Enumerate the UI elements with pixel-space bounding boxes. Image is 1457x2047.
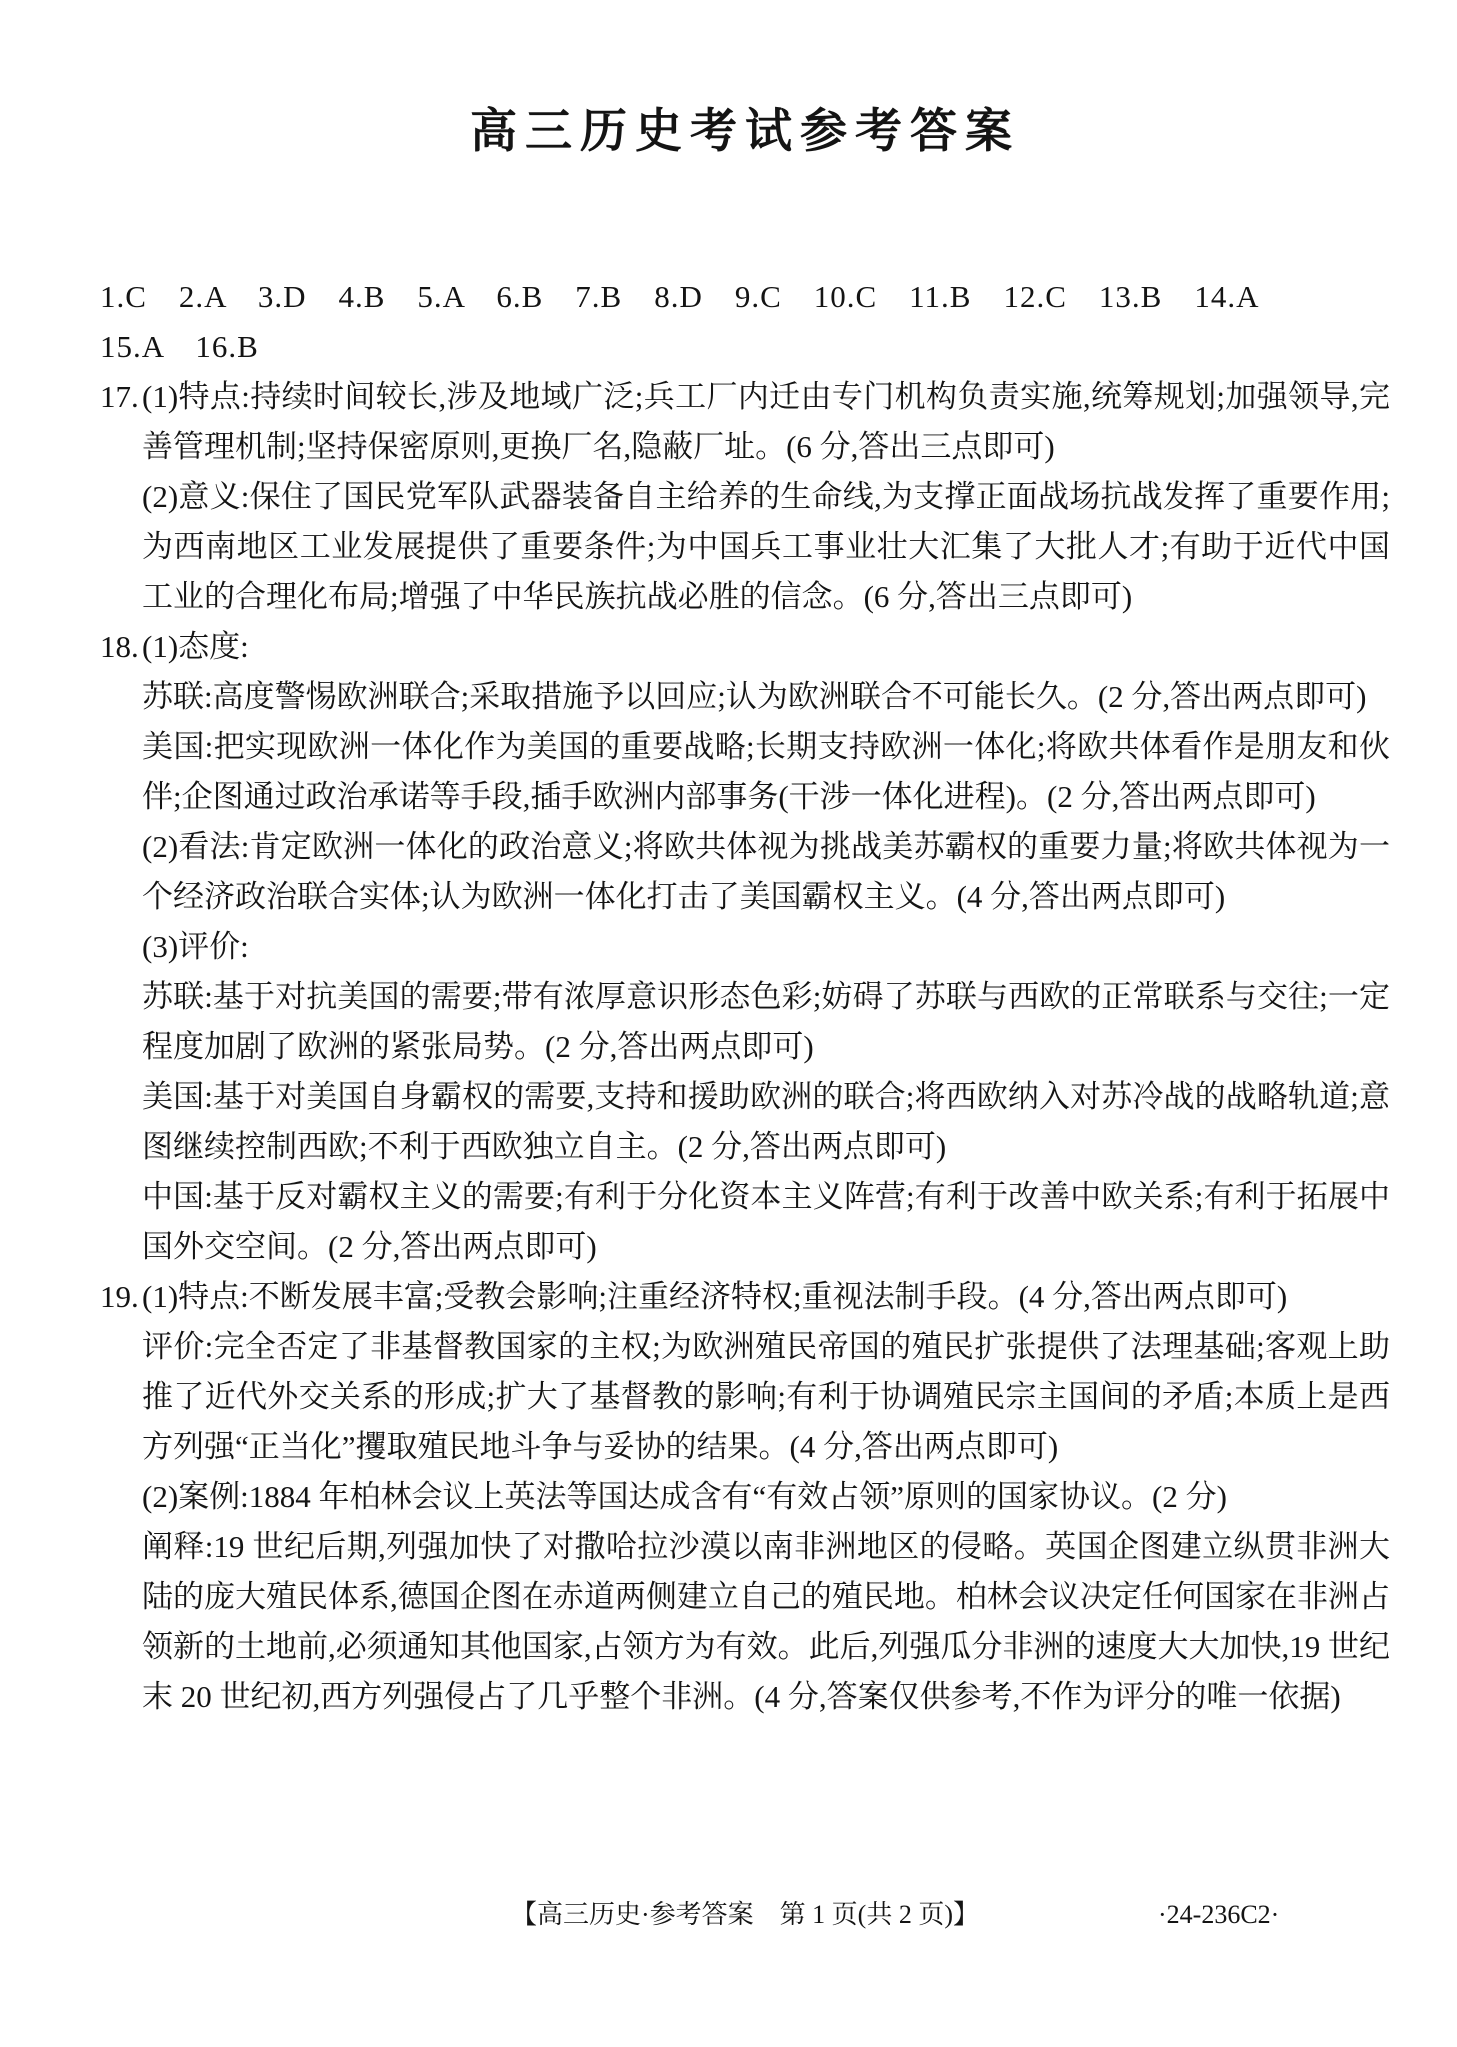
question-18-answer: 18.(1)态度: 苏联:高度警惕欧洲联合;采取措施予以回应;认为欧洲联合不可能… (100, 622, 1390, 1272)
answer-paragraph: 美国:把实现欧洲一体化作为美国的重要战略;长期支持欧洲一体化;将欧共体看作是朋友… (142, 722, 1390, 822)
answer-paragraph: (2)意义:保住了国民党军队武器装备自主给养的生命线,为支撑正面战场抗战发挥了重… (142, 472, 1390, 622)
question-19-answer: 19.(1)特点:不断发展丰富;受教会影响;注重经济特权;重视法制手段。(4 分… (100, 1272, 1390, 1722)
question-18-number: 18. (100, 622, 142, 672)
answer-paragraph: (3)评价: (142, 922, 1390, 972)
answer-text: (1)特点:持续时间较长,涉及地域广泛;兵工厂内迁由专门机构负责实施,统筹规划;… (142, 379, 1390, 464)
answer-paragraph: 阐释:19 世纪后期,列强加快了对撒哈拉沙漠以南非洲地区的侵略。英国企图建立纵贯… (142, 1522, 1390, 1722)
question-17-number: 17. (100, 372, 142, 422)
answer-paragraph: 苏联:高度警惕欧洲联合;采取措施予以回应;认为欧洲联合不可能长久。(2 分,答出… (142, 672, 1390, 722)
mcq-answers-row-2: 15.A 16.B (100, 322, 1390, 372)
answer-paragraph: 评价:完全否定了非基督教国家的主权;为欧洲殖民帝国的殖民扩张提供了法理基础;客观… (142, 1322, 1390, 1472)
question-17-answer: 17.(1)特点:持续时间较长,涉及地域广泛;兵工厂内迁由专门机构负责实施,统筹… (100, 372, 1390, 622)
answer-paragraph: 19.(1)特点:不断发展丰富;受教会影响;注重经济特权;重视法制手段。(4 分… (142, 1272, 1390, 1322)
answer-text: (1)态度: (142, 629, 249, 664)
answer-paragraph: 17.(1)特点:持续时间较长,涉及地域广泛;兵工厂内迁由专门机构负责实施,统筹… (142, 372, 1390, 472)
answer-paragraph: (2)看法:肯定欧洲一体化的政治意义;将欧共体视为挑战美苏霸权的重要力量;将欧共… (142, 822, 1390, 922)
answer-paragraph: 苏联:基于对抗美国的需要;带有浓厚意识形态色彩;妨碍了苏联与西欧的正常联系与交往… (142, 972, 1390, 1072)
answer-paragraph: 美国:基于对美国自身霸权的需要,支持和援助欧洲的联合;将西欧纳入对苏冷战的战略轨… (142, 1072, 1390, 1172)
answer-paragraph: 中国:基于反对霸权主义的需要;有利于分化资本主义阵营;有利于改善中欧关系;有利于… (142, 1172, 1390, 1272)
question-19-number: 19. (100, 1272, 142, 1322)
footer-paper-code: ·24-236C2· (1158, 1898, 1279, 1932)
multiple-choice-answers: 1.C 2.A 3.D 4.B 5.A 6.B 7.B 8.D 9.C 10.C… (100, 272, 1390, 372)
answers-content: 1.C 2.A 3.D 4.B 5.A 6.B 7.B 8.D 9.C 10.C… (100, 272, 1390, 1722)
mcq-answers-row-1: 1.C 2.A 3.D 4.B 5.A 6.B 7.B 8.D 9.C 10.C… (100, 272, 1390, 322)
page-title: 高三历史考试参考答案 (100, 104, 1390, 160)
page-footer: 【高三历史·参考答案 第 1 页(共 2 页)】 ·24-236C2· (100, 1898, 1390, 1932)
exam-answer-sheet-page: 高三历史考试参考答案 1.C 2.A 3.D 4.B 5.A 6.B 7.B 8… (0, 0, 1457, 2047)
answer-paragraph: 18.(1)态度: (142, 622, 1390, 672)
answer-text: (1)特点:不断发展丰富;受教会影响;注重经济特权;重视法制手段。(4 分,答出… (142, 1279, 1287, 1314)
answer-paragraph: (2)案例:1884 年柏林会议上英法等国达成含有“有效占领”原则的国家协议。(… (142, 1472, 1390, 1522)
footer-page-label: 【高三历史·参考答案 第 1 页(共 2 页)】 (511, 1900, 979, 1929)
